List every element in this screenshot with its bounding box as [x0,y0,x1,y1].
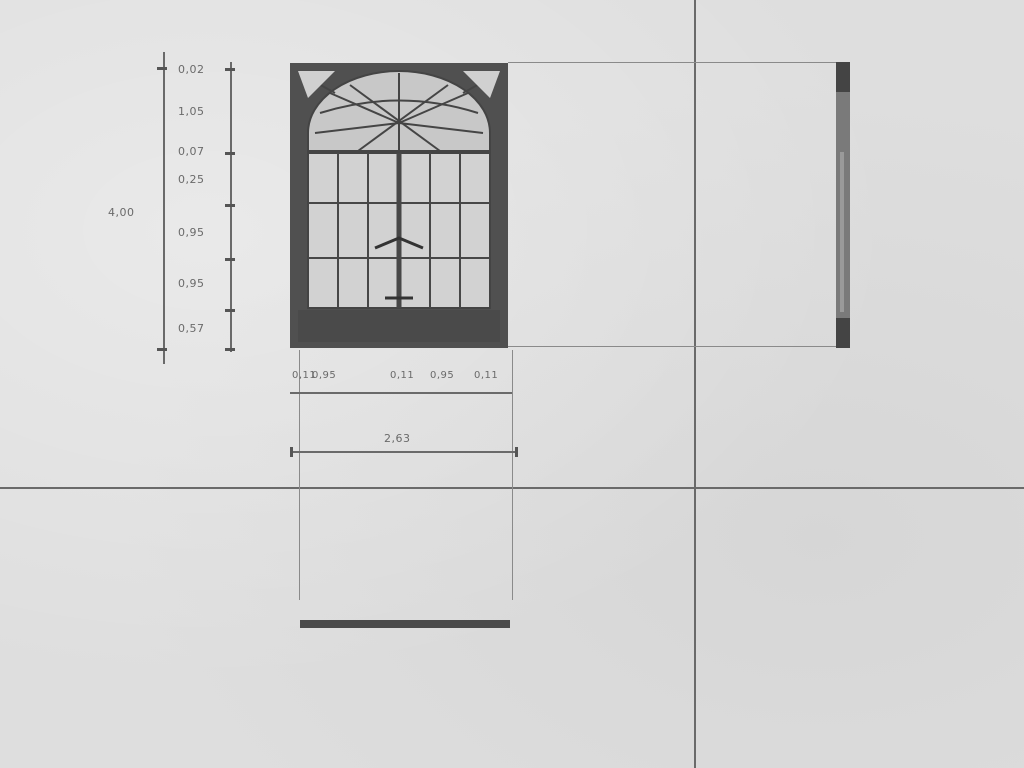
overall-width-label: 2,63 [384,432,411,445]
overall-height-label: 4,00 [108,206,135,219]
dim-tick [225,348,235,351]
dim-tick [225,68,235,71]
dimension-label: 0,95 [312,370,336,381]
bottom-projection-line [508,346,838,347]
section-glazing [840,152,844,312]
dimension-label: 0,95 [178,226,205,239]
top-projection-line [508,62,838,63]
right-plan-line [512,350,513,600]
dimension-label: 0,11 [390,370,414,381]
dimension-label: 0,95 [430,370,454,381]
detail-width-dimension-line [290,392,512,394]
dim-tick [515,447,518,457]
window-section-profile [836,62,850,348]
left-plan-line [299,350,300,600]
section-head [836,62,850,92]
dimension-label: 0,07 [178,145,205,158]
window-plan-sill [300,620,510,628]
dimension-label: 0,11 [474,370,498,381]
dim-tick [225,309,235,312]
dimension-label: 0,57 [178,322,205,335]
overall-height-dimension-line [163,52,165,364]
dimension-label: 1,05 [178,105,205,118]
dim-tick [225,204,235,207]
window-glazing-icon [290,63,508,348]
dimension-label: 0,25 [178,173,205,186]
dim-tick [225,152,235,155]
dim-tick [157,67,167,70]
vertical-grid-line [694,0,696,768]
window-elevation [290,63,508,348]
dimension-label: 0,02 [178,63,205,76]
overall-width-dimension-line [290,451,518,453]
dim-tick [290,447,293,457]
dimension-label: 0,95 [178,277,205,290]
dim-tick [157,348,167,351]
section-sill [836,318,850,348]
dim-tick [225,258,235,261]
